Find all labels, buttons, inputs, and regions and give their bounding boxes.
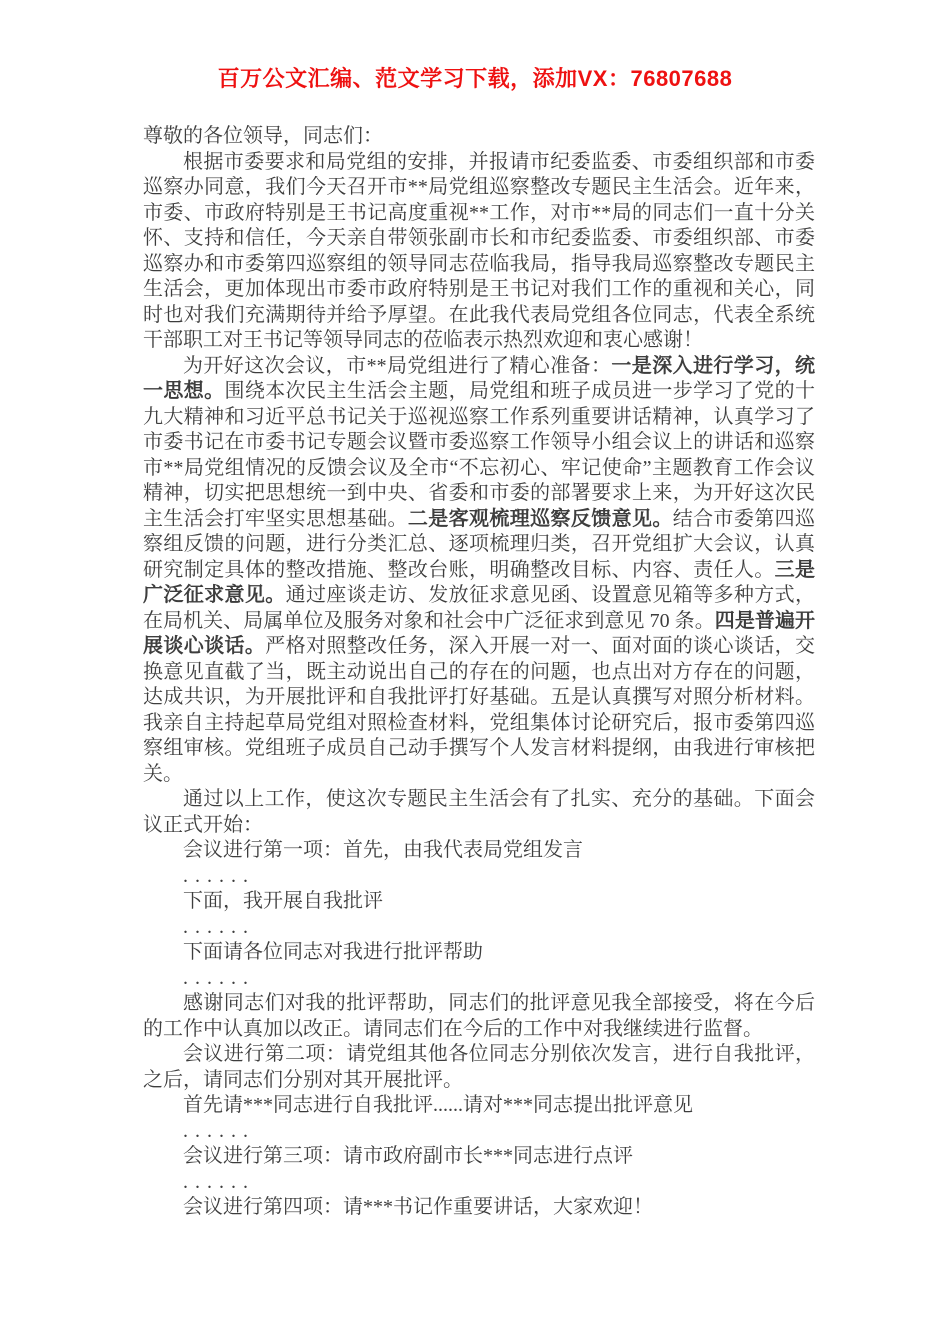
paragraph-meeting-start: 通过以上工作，使这次专题民主生活会有了扎实、充分的基础。下面会议正式开始： (143, 787, 815, 838)
paragraph-opening: 根据市委要求和局党组的安排，并报请市纪委监委、市委组织部和市委巡察办同意，我们今… (143, 150, 815, 354)
paragraph-agenda-item-3: 会议进行第三项：请市政府副市长***同志进行点评 (143, 1144, 815, 1170)
paragraph-invite-criticism: 下面请各位同志对我进行批评帮助 (143, 940, 815, 966)
ellipsis-line: ...... (143, 864, 815, 890)
paragraph-salutation: 尊敬的各位领导，同志们： (143, 124, 815, 150)
paragraph-member-criticism: 首先请***同志进行自我批评......请对***同志提出批评意见 (143, 1093, 815, 1119)
paragraph-agenda-item-4: 会议进行第四项：请***书记作重要讲话，大家欢迎！ (143, 1195, 815, 1221)
paragraph-thanks: 感谢同志们对我的批评帮助，同志们的批评意见我全部接受，将在今后的工作中认真加以改… (143, 991, 815, 1042)
paragraph-agenda-item-1: 会议进行第一项：首先，由我代表局党组发言 (143, 838, 815, 864)
ellipsis-line: ...... (143, 1119, 815, 1145)
promo-banner-text: 百万公文汇编、范文学习下载，添加VX：76807688 (218, 66, 733, 91)
ellipsis-line: ...... (143, 1170, 815, 1196)
bold-heading-two: 二是客观梳理巡察反馈意见。 (408, 508, 673, 530)
document-body: 尊敬的各位领导，同志们： 根据市委要求和局党组的安排，并报请市纪委监委、市委组织… (143, 124, 815, 1221)
paragraph-agenda-item-2: 会议进行第二项：请党组其他各位同志分别依次发言，进行自我批评，之后，请同志们分别… (143, 1042, 815, 1093)
paragraph-preparation: 为开好这次会议，市**局党组进行了精心准备：一是深入进行学习，统一思想。围绕本次… (143, 354, 815, 788)
ellipsis-line: ...... (143, 966, 815, 992)
text-segment: 严格对照整改任务，深入开展一对一、面对面的谈心谈话，交换意见直截了当，既主动说出… (143, 635, 815, 785)
ellipsis-line: ...... (143, 915, 815, 941)
text-segment: 为开好这次会议，市**局党组进行了精心准备： (183, 355, 611, 377)
paragraph-self-criticism: 下面，我开展自我批评 (143, 889, 815, 915)
promo-banner: 百万公文汇编、范文学习下载，添加VX：76807688 (0, 66, 950, 92)
